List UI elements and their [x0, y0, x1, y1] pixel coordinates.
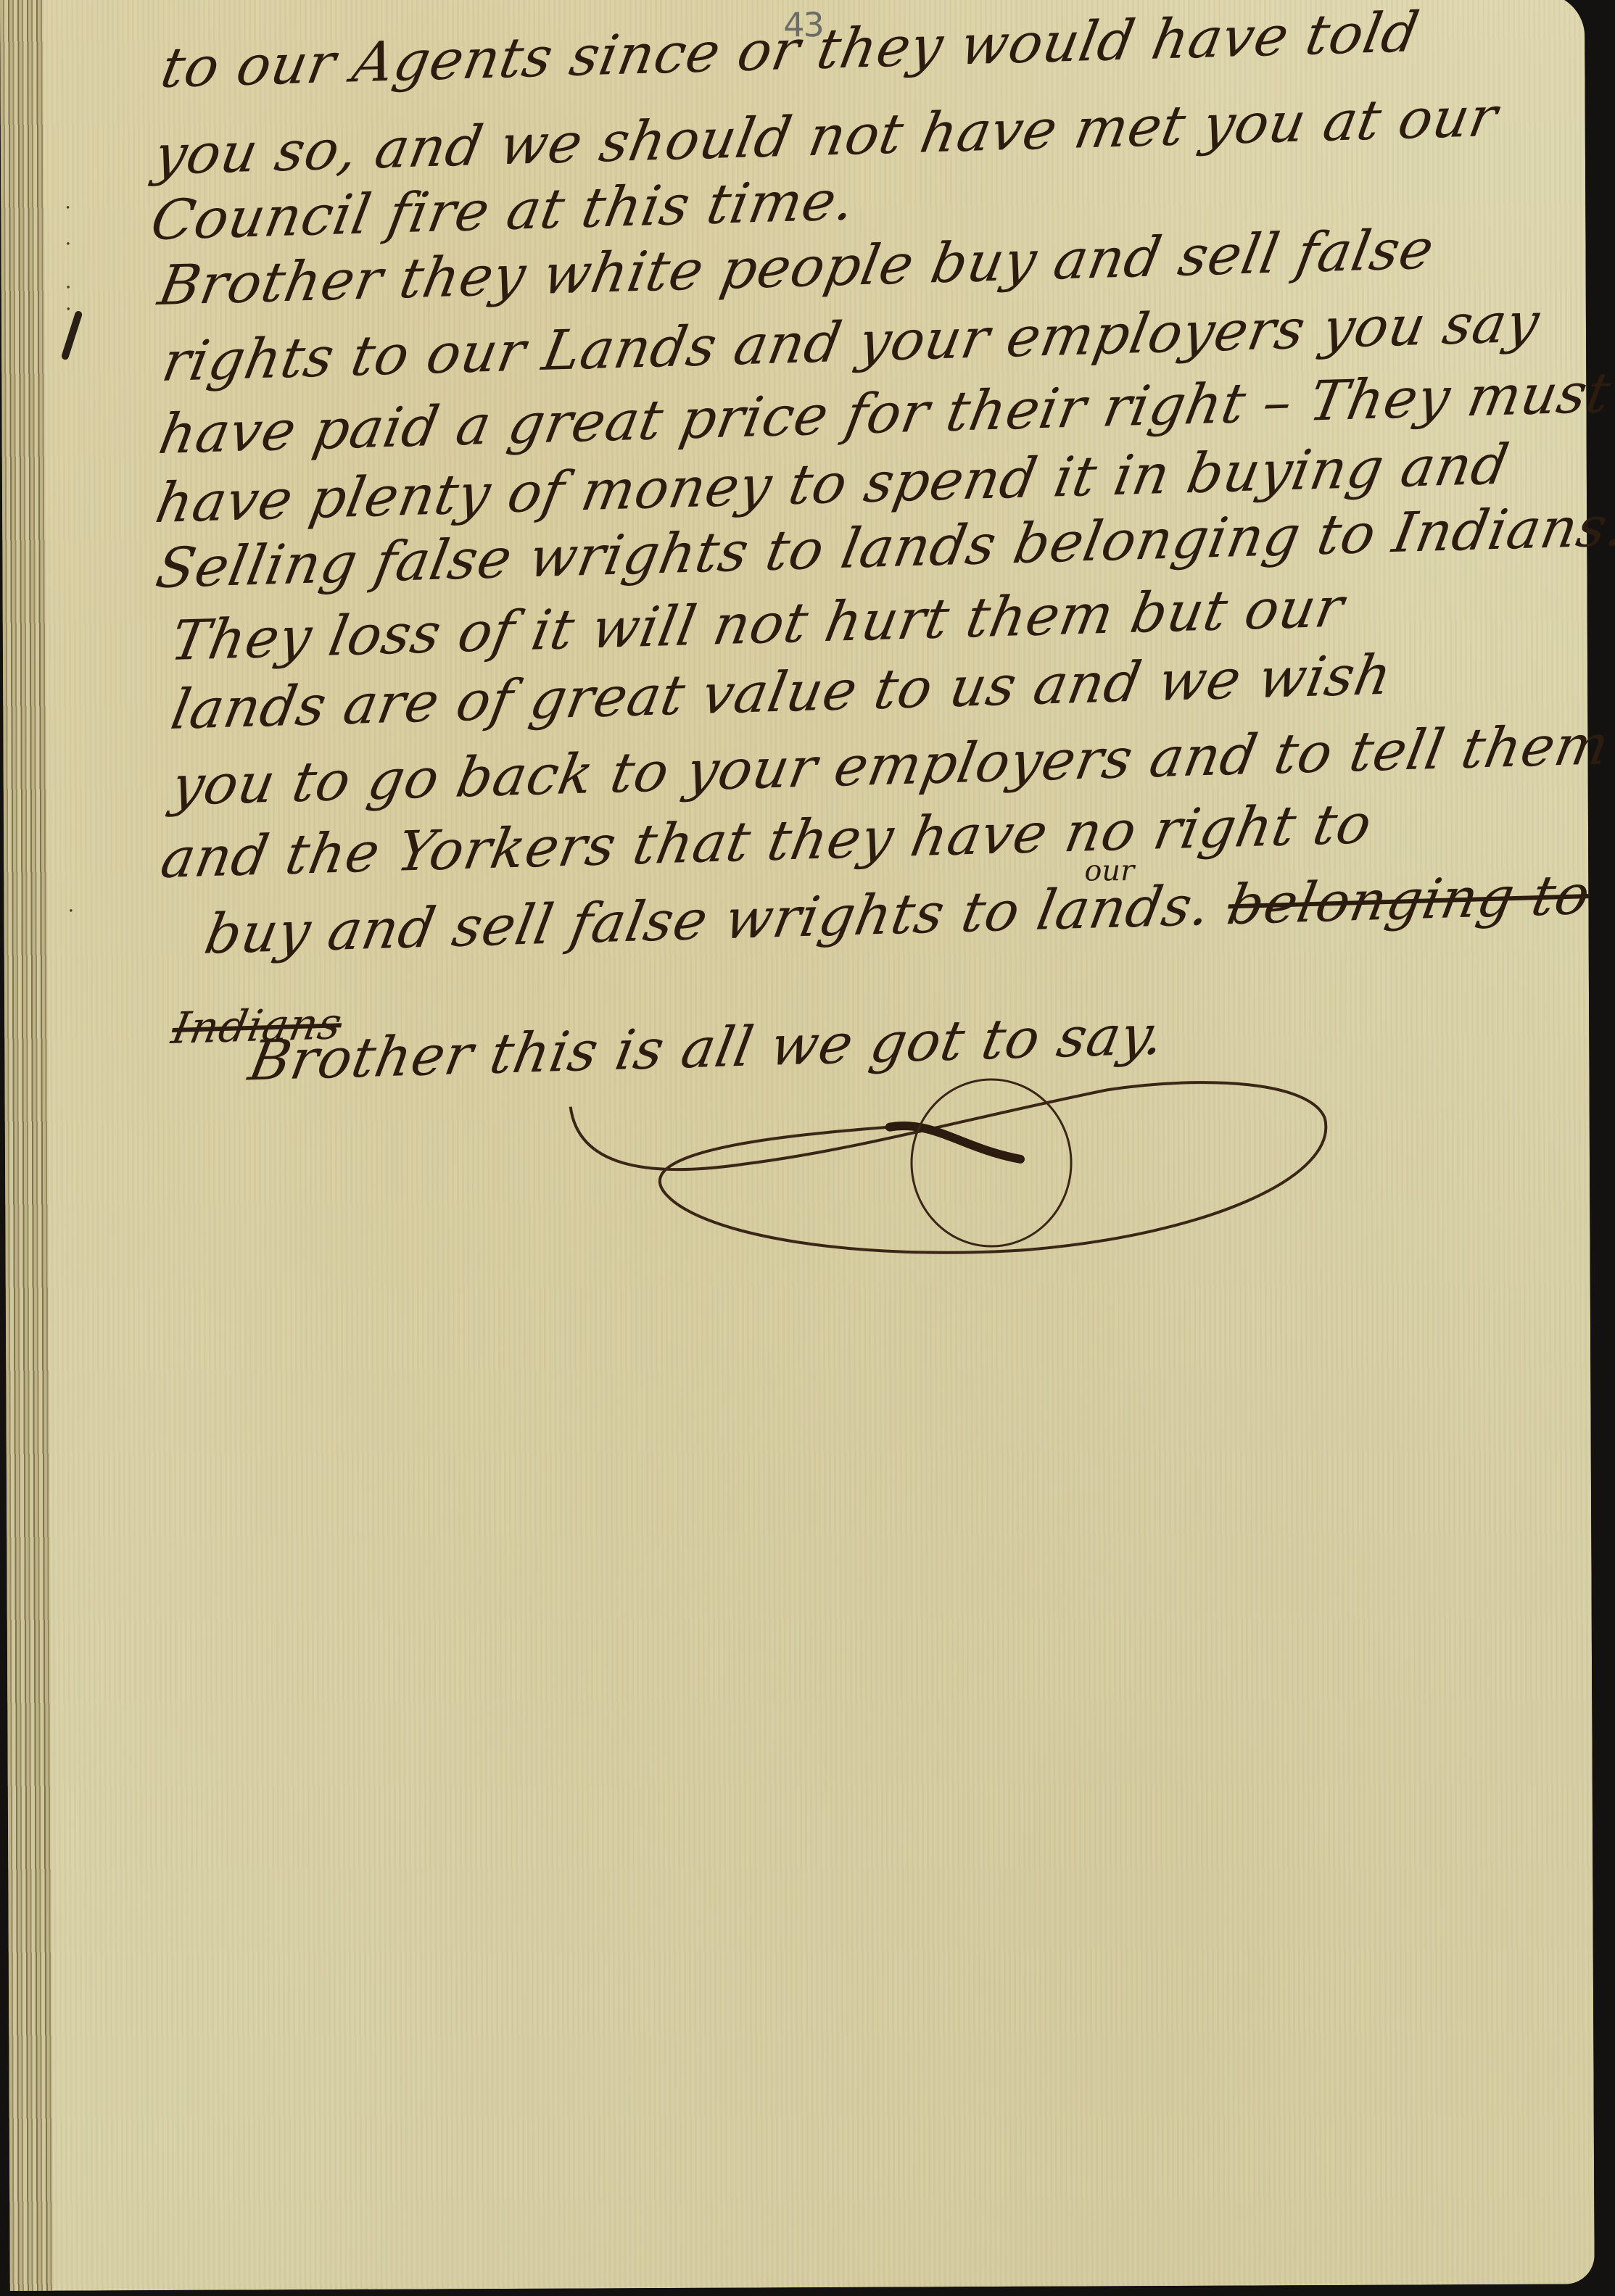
- margin-dot: ·: [65, 297, 72, 321]
- manuscript-page: 43 · · · · · to our Agents since or they…: [0, 0, 1595, 2291]
- margin-dot: ·: [65, 232, 71, 256]
- line-13-text: buy and sell false wrights to lands.: [200, 873, 1216, 966]
- margin-dot: ·: [65, 275, 72, 299]
- struck-text: belonging to: [1223, 862, 1595, 937]
- margin-dot: ·: [65, 196, 71, 220]
- signature-flourish: [555, 1074, 1513, 1267]
- margin-dot: ·: [67, 899, 74, 923]
- binding-edge: [0, 0, 54, 2291]
- margin-numeral-stroke: [61, 310, 83, 361]
